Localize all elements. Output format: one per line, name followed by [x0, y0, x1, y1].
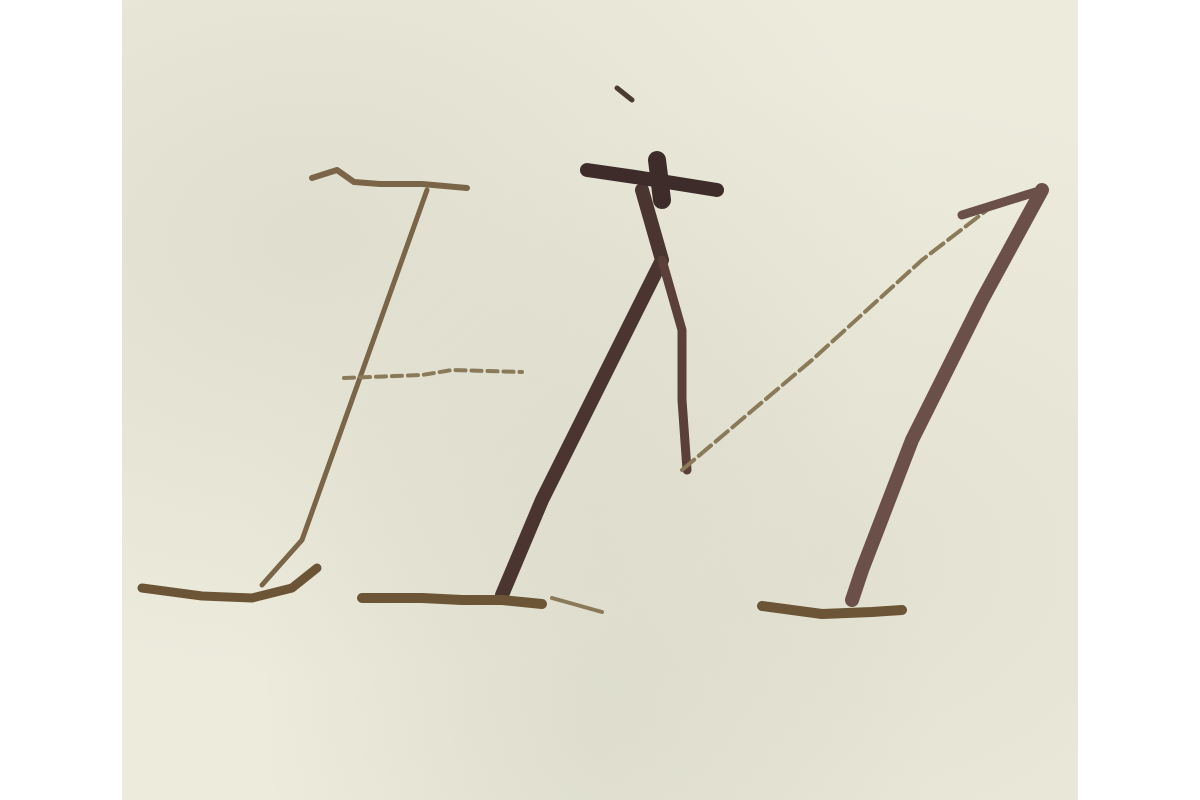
paper-background: M — [122, 0, 1078, 800]
handwritten-letter-m — [122, 0, 1078, 800]
